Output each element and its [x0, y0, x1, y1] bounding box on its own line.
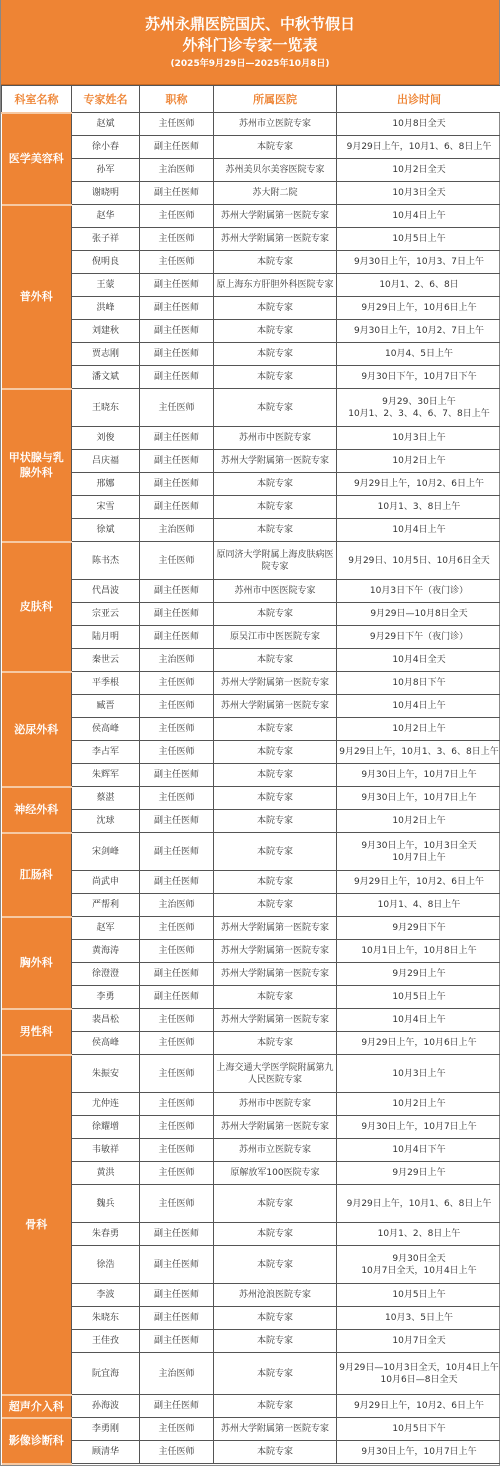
expert-name-cell: 刘建秋: [72, 320, 140, 343]
table-row: 臧晋主任医师苏州大学附属第一医院专家10月4日上午: [2, 695, 500, 718]
hospital-cell: 本院专家: [214, 764, 337, 787]
title-cell: 副主任医师: [140, 603, 214, 626]
title-cell: 主任医师: [140, 917, 214, 940]
time-cell: 9月30日上午，10月7日上午: [337, 1116, 500, 1139]
title-cell: 副主任医师: [140, 427, 214, 450]
table-row: 徐斌主治医师本院专家10月4日上午: [2, 519, 500, 542]
header-time: 出诊时间: [337, 86, 500, 113]
schedule-table: 科室名称 专家姓名 职称 所属医院 出诊时间 医学美容科赵斌主任医师苏州市立医院…: [1, 85, 500, 1465]
table-row: 神经外科蔡湛主任医师本院专家9月30日上午，10月7日上午: [2, 787, 500, 810]
table-row: 严帮利主治医师本院专家10月1、4、8日上午: [2, 894, 500, 917]
table-row: 邢娜副主任医师本院专家9月29日上午，10月2、6日上午: [2, 473, 500, 496]
hospital-cell: 本院专家: [214, 1185, 337, 1223]
title-cell: 副主任医师: [140, 274, 214, 297]
hospital-cell: 本院专家: [214, 1032, 337, 1055]
time-cell: 10月3日全天: [337, 182, 500, 205]
table-row: 徐小春副主任医师本院专家9月29日上午，10月1、6、8日上午: [2, 136, 500, 159]
hospital-cell: 苏州大学附属第一医院专家: [214, 1009, 337, 1032]
time-cell: 10月5日上午: [337, 1284, 500, 1307]
title-cell: 副主任医师: [140, 871, 214, 894]
time-cell: 10月2日上午: [337, 810, 500, 833]
time-cell: 9月29日上午，10月2、6日上午: [337, 1395, 500, 1418]
expert-name-cell: 陈书杰: [72, 542, 140, 580]
time-cell: 9月29日上午: [337, 1162, 500, 1185]
title-cell: 主任医师: [140, 542, 214, 580]
hospital-cell: 原上海东方肝胆外科医院专家: [214, 274, 337, 297]
time-cell: 9月30日上午，10月2、7日上午: [337, 320, 500, 343]
time-cell: 10月8日全天: [337, 113, 500, 136]
title-cell: 副主任医师: [140, 136, 214, 159]
time-cell: 10月2日上午: [337, 718, 500, 741]
title-cell: 主治医师: [140, 649, 214, 672]
table-row: 谢晓明副主任医师苏大附二院10月3日全天: [2, 182, 500, 205]
department-cell: 医学美容科: [2, 113, 72, 205]
title-cell: 副主任医师: [140, 366, 214, 389]
table-row: 医学美容科赵斌主任医师苏州市立医院专家10月8日全天: [2, 113, 500, 136]
expert-name-cell: 沈球: [72, 810, 140, 833]
table-row: 泌尿外科平季根主任医师苏州大学附属第一医院专家10月8日下午: [2, 672, 500, 695]
department-cell: 普外科: [2, 205, 72, 389]
table-row: 顾清华主任医师本院专家9月30日上午，10月7日上午: [2, 1441, 500, 1464]
table-row: 骨科朱振安主任医师上海交通大学医学院附属第九人民医院专家10月3日上午: [2, 1055, 500, 1093]
time-cell: 9月30日上午，10月3日全天 10月7日上午: [337, 833, 500, 871]
title-cell: 主治医师: [140, 1353, 214, 1395]
time-cell: 9月29日上午，10月1、3、6、8日上午: [337, 741, 500, 764]
table-row: 潘文斌副主任医师本院专家9月30日下午，10月7日下午: [2, 366, 500, 389]
hospital-cell: 本院专家: [214, 1395, 337, 1418]
time-cell: 9月30日全天 10月7日全天，10月4日上午: [337, 1246, 500, 1284]
hospital-cell: 苏州市中医院专家: [214, 1093, 337, 1116]
expert-name-cell: 李占军: [72, 741, 140, 764]
page-title: 苏州永鼎医院国庆、中秋节假日: [1, 14, 499, 35]
time-cell: 9月29日—10月8日全天: [337, 603, 500, 626]
header-title: 职称: [140, 86, 214, 113]
table-row: 李波副主任医师苏州沧浪医院专家10月5日上午: [2, 1284, 500, 1307]
title-cell: 副主任医师: [140, 320, 214, 343]
expert-name-cell: 潘文斌: [72, 366, 140, 389]
hospital-cell: 本院专家: [214, 986, 337, 1009]
title-cell: 副主任医师: [140, 580, 214, 603]
hospital-cell: 苏州大学附属第一医院专家: [214, 917, 337, 940]
time-cell: 10月5日上午: [337, 228, 500, 251]
title-cell: 主任医师: [140, 205, 214, 228]
time-cell: 9月30日上午，10月7日上午: [337, 764, 500, 787]
expert-name-cell: 尤仲连: [72, 1093, 140, 1116]
time-cell: 10月4日上午: [337, 1009, 500, 1032]
schedule-document: 苏州永鼎医院国庆、中秋节假日 外科门诊专家一览表 (2025年9月29日—202…: [0, 0, 500, 1466]
title-cell: 副主任医师: [140, 833, 214, 871]
expert-name-cell: 徐小春: [72, 136, 140, 159]
table-row: 尚武申副主任医师本院专家9月29日上午，10月2、6日上午: [2, 871, 500, 894]
title-cell: 主任医师: [140, 672, 214, 695]
table-row: 贾志刚副主任医师本院专家10月4、5日上午: [2, 343, 500, 366]
hospital-cell: 本院专家: [214, 519, 337, 542]
expert-name-cell: 陆月明: [72, 626, 140, 649]
title-cell: 副主任医师: [140, 810, 214, 833]
expert-name-cell: 裴昌松: [72, 1009, 140, 1032]
expert-name-cell: 阮宜海: [72, 1353, 140, 1395]
expert-name-cell: 朱晓东: [72, 1307, 140, 1330]
time-cell: 10月4日上午: [337, 205, 500, 228]
table-row: 朱晓东副主任医师本院专家10月3、5日上午: [2, 1307, 500, 1330]
hospital-cell: 苏州大学附属第一医院专家: [214, 963, 337, 986]
table-row: 韦敏祥主任医师苏州市立医院专家10月4日下午: [2, 1139, 500, 1162]
time-cell: 10月3、5日上午: [337, 1307, 500, 1330]
table-row: 阮宜海主治医师本院专家9月29日—10月3日全天，10月4日上午 10月6日—8…: [2, 1353, 500, 1395]
hospital-cell: 原同济大学附属上海皮肤病医院专家: [214, 542, 337, 580]
time-cell: 9月29日、10月5日、10月6日全天: [337, 542, 500, 580]
expert-name-cell: 宗亚云: [72, 603, 140, 626]
department-cell: 胸外科: [2, 917, 72, 1009]
table-row: 甲状腺与乳腺外科王晓东主任医师本院专家9月29、30日上午 10月1、2、3、4…: [2, 389, 500, 427]
time-cell: 9月29日—10月3日全天，10月4日上午 10月6日—8日全天: [337, 1353, 500, 1395]
time-cell: 10月1、2、6、8日: [337, 274, 500, 297]
expert-name-cell: 李勇: [72, 986, 140, 1009]
time-cell: 10月7日全天: [337, 1330, 500, 1353]
table-row: 秦世云主治医师本院专家10月4日全天: [2, 649, 500, 672]
expert-name-cell: 宋雪: [72, 496, 140, 519]
title-cell: 主任医师: [140, 718, 214, 741]
time-cell: 10月4、5日上午: [337, 343, 500, 366]
hospital-cell: 苏州大学附属第一医院专家: [214, 205, 337, 228]
expert-name-cell: 李勇刚: [72, 1418, 140, 1441]
table-row: 超声介入科孙海波副主任医师本院专家9月29日上午，10月2、6日上午: [2, 1395, 500, 1418]
title-cell: 主任医师: [140, 389, 214, 427]
time-cell: 9月30日上午，10月7日上午: [337, 1441, 500, 1464]
title-cell: 主任医师: [140, 1162, 214, 1185]
hospital-cell: 苏州市立医院专家: [214, 113, 337, 136]
expert-name-cell: 魏兵: [72, 1185, 140, 1223]
hospital-cell: 本院专家: [214, 649, 337, 672]
expert-name-cell: 徐斌: [72, 519, 140, 542]
table-row: 男性科裴昌松主任医师苏州大学附属第一医院专家10月4日上午: [2, 1009, 500, 1032]
table-row: 朱春勇副主任医师本院专家10月1、2、8日上午: [2, 1223, 500, 1246]
table-row: 王佳孜副主任医师本院专家10月7日全天: [2, 1330, 500, 1353]
department-cell: 泌尿外科: [2, 672, 72, 787]
table-row: 黄洪主任医师原解放军100医院专家9月29日上午: [2, 1162, 500, 1185]
hospital-cell: 本院专家: [214, 603, 337, 626]
hospital-cell: 本院专家: [214, 251, 337, 274]
expert-name-cell: 韦敏祥: [72, 1139, 140, 1162]
title-cell: 副主任医师: [140, 626, 214, 649]
table-row: 徐澄澄副主任医师苏州大学附属第一医院专家9月29日上午: [2, 963, 500, 986]
expert-name-cell: 黄海涛: [72, 940, 140, 963]
expert-name-cell: 朱振安: [72, 1055, 140, 1093]
title-cell: 主任医师: [140, 1032, 214, 1055]
header-expert-name: 专家姓名: [72, 86, 140, 113]
expert-name-cell: 秦世云: [72, 649, 140, 672]
department-cell: 肛肠科: [2, 833, 72, 917]
expert-name-cell: 赵军: [72, 917, 140, 940]
hospital-cell: 苏州沧浪医院专家: [214, 1284, 337, 1307]
expert-name-cell: 吕庆福: [72, 450, 140, 473]
table-row: 吕庆福副主任医师苏州大学附属第一医院专家10月2日上午: [2, 450, 500, 473]
time-cell: 9月29日下午（夜门诊）: [337, 626, 500, 649]
hospital-cell: 本院专家: [214, 1223, 337, 1246]
table-row: 刘俊副主任医师苏州市中医院专家10月3日上午: [2, 427, 500, 450]
table-row: 徐耀增主任医师苏州大学附属第一医院专家9月30日上午，10月7日上午: [2, 1116, 500, 1139]
title-cell: 副主任医师: [140, 182, 214, 205]
department-cell: 皮肤科: [2, 542, 72, 672]
title-cell: 副主任医师: [140, 986, 214, 1009]
table-row: 宗亚云副主任医师本院专家9月29日—10月8日全天: [2, 603, 500, 626]
hospital-cell: 上海交通大学医学院附属第九人民医院专家: [214, 1055, 337, 1093]
expert-name-cell: 侯高峰: [72, 718, 140, 741]
hospital-cell: 本院专家: [214, 343, 337, 366]
expert-name-cell: 侯高峰: [72, 1032, 140, 1055]
expert-name-cell: 徐澄澄: [72, 963, 140, 986]
hospital-cell: 本院专家: [214, 833, 337, 871]
department-cell: 影像诊断科: [2, 1418, 72, 1464]
title-cell: 主任医师: [140, 1055, 214, 1093]
title-cell: 主治医师: [140, 519, 214, 542]
expert-name-cell: 尚武申: [72, 871, 140, 894]
expert-name-cell: 孙海波: [72, 1395, 140, 1418]
expert-name-cell: 蔡湛: [72, 787, 140, 810]
hospital-cell: 苏大附二院: [214, 182, 337, 205]
time-cell: 10月2日上午: [337, 450, 500, 473]
time-cell: 9月29、30日上午 10月1、2、3、4、6、7、8日上午: [337, 389, 500, 427]
expert-name-cell: 王晓东: [72, 389, 140, 427]
table-row: 魏兵主任医师本院专家9月29日上午，10月1、6、8日上午: [2, 1185, 500, 1223]
expert-name-cell: 刘俊: [72, 427, 140, 450]
hospital-cell: 苏州大学附属第一医院专家: [214, 228, 337, 251]
time-cell: 9月30日上午，10月3、7日上午: [337, 251, 500, 274]
time-cell: 9月29日上午: [337, 963, 500, 986]
title-cell: 副主任医师: [140, 1223, 214, 1246]
hospital-cell: 本院专家: [214, 473, 337, 496]
title-cell: 副主任医师: [140, 1330, 214, 1353]
time-cell: 10月3日上午: [337, 1055, 500, 1093]
time-cell: 10月2日全天: [337, 159, 500, 182]
table-row: 黄海涛主任医师苏州大学附属第一医院专家10月1日上午，10月8日上午: [2, 940, 500, 963]
time-cell: 10月5日下午: [337, 1418, 500, 1441]
table-row: 沈球副主任医师本院专家10月2日上午: [2, 810, 500, 833]
title-cell: 副主任医师: [140, 963, 214, 986]
hospital-cell: 本院专家: [214, 297, 337, 320]
hospital-cell: 原解放军100医院专家: [214, 1162, 337, 1185]
time-cell: 9月29日上午，10月2、6日上午: [337, 473, 500, 496]
expert-name-cell: 张子祥: [72, 228, 140, 251]
time-cell: 10月4日上午: [337, 519, 500, 542]
table-row: 侯高峰主任医师本院专家9月29日上午，10月6日上午: [2, 1032, 500, 1055]
time-cell: 10月8日下午: [337, 672, 500, 695]
title-cell: 主任医师: [140, 228, 214, 251]
expert-name-cell: 谢晓明: [72, 182, 140, 205]
hospital-cell: 苏州市中医医院专家: [214, 580, 337, 603]
table-row: 陆月明副主任医师原吴江市中医医院专家9月29日下午（夜门诊）: [2, 626, 500, 649]
hospital-cell: 本院专家: [214, 810, 337, 833]
department-cell: 骨科: [2, 1055, 72, 1395]
expert-name-cell: 平季根: [72, 672, 140, 695]
hospital-cell: 本院专家: [214, 1330, 337, 1353]
hospital-cell: 本院专家: [214, 366, 337, 389]
department-cell: 超声介入科: [2, 1395, 72, 1418]
title-cell: 副主任医师: [140, 473, 214, 496]
hospital-cell: 苏州市立医院专家: [214, 1139, 337, 1162]
header-department: 科室名称: [2, 86, 72, 113]
table-row: 王蒙副主任医师原上海东方肝胆外科医院专家10月1、2、6、8日: [2, 274, 500, 297]
title-cell: 主任医师: [140, 1185, 214, 1223]
hospital-cell: 本院专家: [214, 1441, 337, 1464]
expert-name-cell: 孙军: [72, 159, 140, 182]
hospital-cell: 本院专家: [214, 1307, 337, 1330]
table-row: 李占军主任医师本院专家9月29日上午，10月1、3、6、8日上午: [2, 741, 500, 764]
expert-name-cell: 宋剑峰: [72, 833, 140, 871]
title-cell: 副主任医师: [140, 1307, 214, 1330]
table-row: 洪峰副主任医师本院专家9月29日上午，10月6日上午: [2, 297, 500, 320]
title-cell: 副主任医师: [140, 343, 214, 366]
title-cell: 主任医师: [140, 1418, 214, 1441]
table-row: 肛肠科宋剑峰副主任医师本院专家9月30日上午，10月3日全天 10月7日上午: [2, 833, 500, 871]
time-cell: 10月4日下午: [337, 1139, 500, 1162]
table-row: 侯高峰主任医师本院专家10月2日上午: [2, 718, 500, 741]
time-cell: 10月5日上午: [337, 986, 500, 1009]
hospital-cell: 本院专家: [214, 718, 337, 741]
table-row: 徐浩副主任医师本院专家9月30日全天 10月7日全天，10月4日上午: [2, 1246, 500, 1284]
expert-name-cell: 倪明良: [72, 251, 140, 274]
title-cell: 主任医师: [140, 1093, 214, 1116]
time-cell: 9月29日上午，10月2、6日上午: [337, 871, 500, 894]
department-cell: 神经外科: [2, 787, 72, 833]
table-row: 皮肤科陈书杰主任医师原同济大学附属上海皮肤病医院专家9月29日、10月5日、10…: [2, 542, 500, 580]
hospital-cell: 苏州大学附属第一医院专家: [214, 940, 337, 963]
hospital-cell: 本院专家: [214, 787, 337, 810]
table-row: 朱辉军副主任医师本院专家9月30日上午，10月7日上午: [2, 764, 500, 787]
table-row: 普外科赵华主任医师苏州大学附属第一医院专家10月4日上午: [2, 205, 500, 228]
expert-name-cell: 朱春勇: [72, 1223, 140, 1246]
title-cell: 主任医师: [140, 741, 214, 764]
title-banner: 苏州永鼎医院国庆、中秋节假日 外科门诊专家一览表 (2025年9月29日—202…: [1, 0, 499, 85]
table-row: 尤仲连主任医师苏州市中医院专家10月2日上午: [2, 1093, 500, 1116]
time-cell: 10月4日全天: [337, 649, 500, 672]
time-cell: 10月2日上午: [337, 1093, 500, 1116]
hospital-cell: 本院专家: [214, 389, 337, 427]
time-cell: 9月29日上午，10月1、6、8日上午: [337, 1185, 500, 1223]
time-cell: 9月29日上午，10月1、6、8日上午: [337, 136, 500, 159]
header-hospital: 所属医院: [214, 86, 337, 113]
title-cell: 副主任医师: [140, 764, 214, 787]
time-cell: 9月30日上午，10月7日上午: [337, 787, 500, 810]
expert-name-cell: 严帮利: [72, 894, 140, 917]
table-row: 倪明良主任医师本院专家9月30日上午，10月3、7日上午: [2, 251, 500, 274]
hospital-cell: 苏州大学附属第一医院专家: [214, 450, 337, 473]
title-cell: 主任医师: [140, 251, 214, 274]
page-subtitle: 外科门诊专家一览表: [1, 35, 499, 56]
expert-name-cell: 顾清华: [72, 1441, 140, 1464]
hospital-cell: 苏州大学附属第一医院专家: [214, 672, 337, 695]
title-cell: 主任医师: [140, 1139, 214, 1162]
expert-name-cell: 贾志刚: [72, 343, 140, 366]
title-cell: 主任医师: [140, 695, 214, 718]
hospital-cell: 苏州市中医院专家: [214, 427, 337, 450]
time-cell: 10月3日下午（夜门诊）: [337, 580, 500, 603]
table-row: 孙军主治医师苏州美贝尔美容医院专家10月2日全天: [2, 159, 500, 182]
expert-name-cell: 臧晋: [72, 695, 140, 718]
hospital-cell: 本院专家: [214, 136, 337, 159]
expert-name-cell: 代昌波: [72, 580, 140, 603]
expert-name-cell: 徐耀增: [72, 1116, 140, 1139]
time-cell: 10月1日上午，10月8日上午: [337, 940, 500, 963]
title-cell: 主任医师: [140, 940, 214, 963]
time-cell: 9月30日下午，10月7日下午: [337, 366, 500, 389]
hospital-cell: 本院专家: [214, 741, 337, 764]
expert-name-cell: 洪峰: [72, 297, 140, 320]
hospital-cell: 本院专家: [214, 894, 337, 917]
expert-name-cell: 朱辉军: [72, 764, 140, 787]
expert-name-cell: 徐浩: [72, 1246, 140, 1284]
table-row: 胸外科赵军主任医师苏州大学附属第一医院专家9月29日下午: [2, 917, 500, 940]
table-row: 宋雪副主任医师本院专家10月1、3、8日上午: [2, 496, 500, 519]
hospital-cell: 苏州美贝尔美容医院专家: [214, 159, 337, 182]
date-range: (2025年9月29日—2025年10月8日): [1, 56, 499, 72]
expert-name-cell: 李波: [72, 1284, 140, 1307]
title-cell: 副主任医师: [140, 450, 214, 473]
title-cell: 副主任医师: [140, 1246, 214, 1284]
title-cell: 主任医师: [140, 787, 214, 810]
time-cell: 10月1、3、8日上午: [337, 496, 500, 519]
department-cell: 男性科: [2, 1009, 72, 1055]
department-cell: 甲状腺与乳腺外科: [2, 389, 72, 542]
table-body: 医学美容科赵斌主任医师苏州市立医院专家10月8日全天徐小春副主任医师本院专家9月…: [2, 113, 500, 1464]
hospital-cell: 本院专家: [214, 1246, 337, 1284]
title-cell: 主治医师: [140, 159, 214, 182]
time-cell: 10月1、2、8日上午: [337, 1223, 500, 1246]
time-cell: 9月29日上午，10月6日上午: [337, 297, 500, 320]
hospital-cell: 苏州大学附属第一医院专家: [214, 695, 337, 718]
table-row: 李勇副主任医师本院专家10月5日上午: [2, 986, 500, 1009]
expert-name-cell: 赵斌: [72, 113, 140, 136]
title-cell: 主任医师: [140, 113, 214, 136]
hospital-cell: 本院专家: [214, 871, 337, 894]
expert-name-cell: 王佳孜: [72, 1330, 140, 1353]
time-cell: 9月29日下午: [337, 917, 500, 940]
time-cell: 10月3日上午: [337, 427, 500, 450]
table-row: 刘建秋副主任医师本院专家9月30日上午，10月2、7日上午: [2, 320, 500, 343]
hospital-cell: 本院专家: [214, 496, 337, 519]
time-cell: 10月1、4、8日上午: [337, 894, 500, 917]
hospital-cell: 本院专家: [214, 1353, 337, 1395]
title-cell: 副主任医师: [140, 1284, 214, 1307]
hospital-cell: 本院专家: [214, 320, 337, 343]
title-cell: 主任医师: [140, 1116, 214, 1139]
table-row: 代昌波副主任医师苏州市中医医院专家10月3日下午（夜门诊）: [2, 580, 500, 603]
title-cell: 主任医师: [140, 1009, 214, 1032]
table-row: 影像诊断科李勇刚主任医师苏州大学附属第一医院专家10月5日下午: [2, 1418, 500, 1441]
expert-name-cell: 黄洪: [72, 1162, 140, 1185]
table-row: 张子祥主任医师苏州大学附属第一医院专家10月5日上午: [2, 228, 500, 251]
hospital-cell: 原吴江市中医医院专家: [214, 626, 337, 649]
time-cell: 9月29日上午，10月6日上午: [337, 1032, 500, 1055]
title-cell: 主治医师: [140, 894, 214, 917]
title-cell: 副主任医师: [140, 297, 214, 320]
title-cell: 主任医师: [140, 1441, 214, 1464]
expert-name-cell: 赵华: [72, 205, 140, 228]
title-cell: 副主任医师: [140, 1395, 214, 1418]
hospital-cell: 苏州大学附属第一医院专家: [214, 1418, 337, 1441]
table-header-row: 科室名称 专家姓名 职称 所属医院 出诊时间: [2, 86, 500, 113]
title-cell: 副主任医师: [140, 496, 214, 519]
expert-name-cell: 邢娜: [72, 473, 140, 496]
hospital-cell: 苏州大学附属第一医院专家: [214, 1116, 337, 1139]
expert-name-cell: 王蒙: [72, 274, 140, 297]
time-cell: 10月4日上午: [337, 695, 500, 718]
